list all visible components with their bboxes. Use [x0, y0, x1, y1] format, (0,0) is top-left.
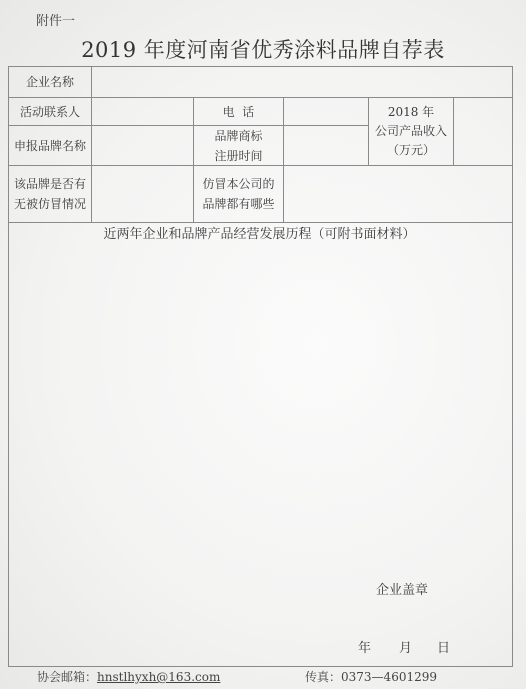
counterfeit-status-label-line1: 该品牌是否有 — [14, 174, 86, 194]
brand-name-label-text: 申报品牌名称 — [14, 136, 86, 156]
revenue-label-line3: （万元） — [387, 141, 435, 160]
date-day-label: 日 — [437, 637, 450, 656]
trademark-date-label: 品牌商标 注册时间 — [194, 126, 283, 165]
revenue-label-line2: 公司产品收入 — [375, 122, 447, 141]
email-contact: 协会邮箱：hnstlhyxh@163.com — [37, 668, 220, 685]
counterfeit-status-label: 该品牌是否有 无被仿冒情况 — [9, 166, 91, 222]
attachment-label: 附件一 — [36, 10, 75, 29]
company-name-label-text: 企业名称 — [26, 72, 74, 92]
fax-number: 0373—4601299 — [341, 670, 437, 684]
brand-name-label: 申报品牌名称 — [9, 126, 91, 165]
counterfeit-status-field[interactable] — [92, 166, 193, 222]
revenue-field[interactable] — [454, 98, 511, 165]
phone-label-text: 电 话 — [223, 102, 255, 122]
date-year-label: 年 — [358, 637, 371, 656]
phone-label: 电 话 — [194, 98, 283, 125]
trademark-date-label-line1: 品牌商标 — [214, 126, 262, 146]
contact-person-label: 活动联系人 — [9, 98, 91, 125]
revenue-label-line1: 2018 年 — [388, 103, 434, 122]
contact-person-label-text: 活动联系人 — [20, 102, 80, 122]
phone-field[interactable] — [284, 98, 368, 125]
trademark-date-label-line2: 注册时间 — [214, 146, 262, 166]
brand-name-field[interactable] — [92, 126, 193, 165]
date-month-label: 月 — [399, 637, 412, 656]
fax-contact: 传真：0373—4601299 — [305, 668, 437, 685]
email-label: 协会邮箱： — [37, 670, 97, 684]
revenue-label: 2018 年 公司产品收入 （万元） — [369, 98, 453, 165]
contact-person-field[interactable] — [92, 98, 193, 125]
fax-label: 传真： — [305, 670, 341, 684]
company-seal-label: 企业盖章 — [376, 579, 428, 598]
counterfeit-brands-label-line2: 品牌都有哪些 — [202, 194, 274, 214]
history-field[interactable] — [9, 245, 511, 565]
page-title: 2019 年度河南省优秀涂料品牌自荐表 — [0, 34, 526, 64]
trademark-date-field[interactable] — [284, 126, 368, 165]
company-name-field[interactable] — [92, 67, 511, 97]
counterfeit-status-label-line2: 无被仿冒情况 — [14, 194, 86, 214]
email-link[interactable]: hnstlhyxh@163.com — [97, 670, 220, 684]
counterfeit-brands-label: 仿冒本公司的 品牌都有哪些 — [194, 166, 283, 222]
history-section-title: 近两年企业和品牌产品经营发展历程（可附书面材料） — [8, 223, 511, 242]
counterfeit-brands-label-line1: 仿冒本公司的 — [202, 174, 274, 194]
company-name-label: 企业名称 — [9, 67, 91, 97]
counterfeit-brands-field[interactable] — [284, 166, 511, 222]
